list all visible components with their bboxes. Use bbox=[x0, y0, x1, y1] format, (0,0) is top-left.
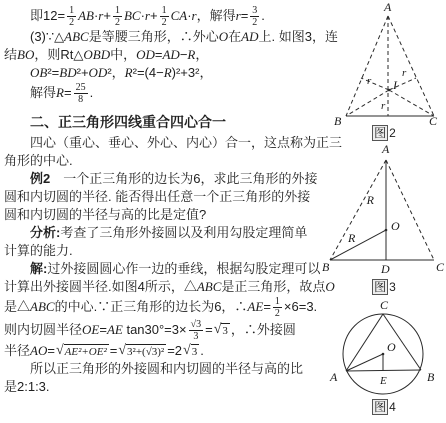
example2-line2: 圆和内切圆的半径. 能否得出任意一个正三角形的外接 bbox=[4, 188, 326, 206]
text-run: ， bbox=[195, 47, 208, 62]
conclusion-line1: 所以正三角形的外接圆和内切圆的半径与高的比 bbox=[4, 360, 326, 378]
math-variable: BD bbox=[59, 65, 76, 80]
text-run: + bbox=[150, 8, 158, 23]
text-run: + bbox=[103, 8, 111, 23]
text-column: 即12=12AB·r+12BC·r+12CA·r，解得r=32.(3)∵△ABC… bbox=[4, 5, 326, 396]
fig2-label-c: C bbox=[429, 114, 438, 126]
math-variable: ABC bbox=[197, 279, 222, 294]
fig2-label-b: B bbox=[334, 114, 342, 126]
fig2-point-i bbox=[388, 89, 391, 92]
text-run: = bbox=[263, 299, 271, 314]
math-variable: O bbox=[219, 29, 228, 44]
solution-line3: 是△ABC的中心.∵正三角形的边长为6，∴AE=12×6=3. bbox=[4, 296, 326, 319]
text-run: = bbox=[241, 8, 249, 23]
fraction: 32 bbox=[250, 5, 259, 28]
text-run: . bbox=[261, 8, 265, 23]
text-run: = bbox=[64, 85, 72, 100]
fraction: 12 bbox=[67, 5, 76, 28]
fig3-point-o bbox=[385, 229, 388, 232]
document-page: 即12=12AB·r+12BC·r+12CA·r，解得r=32.(3)∵△ABC… bbox=[0, 0, 446, 423]
math-variable: OBD bbox=[83, 47, 110, 62]
math-variable: CA bbox=[171, 8, 188, 23]
text-run: ²+ bbox=[77, 65, 89, 80]
figure-4: C A B O E 图4 bbox=[322, 296, 446, 418]
text-run: ²= bbox=[47, 65, 59, 80]
math-variable: AE bbox=[247, 299, 263, 314]
bold-text: 二、正三角形四线重合四心合一 bbox=[30, 114, 226, 130]
fig3-label-c: C bbox=[436, 260, 445, 274]
fig3-label-d: D bbox=[380, 262, 390, 276]
eq-R-result: 解得R=258. bbox=[4, 82, 326, 105]
square-root: √3²+(√3)² bbox=[118, 344, 166, 359]
text-run: ²=(4− bbox=[133, 65, 164, 80]
math-variable: BO bbox=[17, 47, 34, 62]
figure-4-drawing: C A B O E bbox=[322, 296, 446, 400]
text-run: = bbox=[47, 343, 55, 358]
fig2-side-ac bbox=[388, 16, 434, 116]
fig4-point-o bbox=[382, 353, 385, 356]
solution-line4: 则内切圆半径OE=AE tan30°=3×√33=√3，∴外接圆 bbox=[4, 319, 326, 342]
text-run: 解得 bbox=[30, 85, 56, 100]
fig3-label-o: O bbox=[391, 219, 400, 233]
solution-line2: 计算出外接圆半径.如图4所示，△ABC是正三角形，故点O bbox=[4, 278, 326, 296]
fraction: 12 bbox=[113, 5, 122, 28]
text-run: ，∴外接圆 bbox=[231, 322, 296, 337]
text-run: tan30°=3× bbox=[123, 322, 187, 337]
fig2-label-r2: r bbox=[402, 67, 407, 79]
fig2-inradius-left bbox=[361, 78, 389, 90]
fig2-label-a: A bbox=[383, 0, 392, 14]
math-variable: OD bbox=[89, 65, 108, 80]
fig3-segment-bo bbox=[330, 230, 386, 260]
fig4-label-b: B bbox=[427, 370, 435, 384]
fig4-label-o: O bbox=[387, 340, 396, 354]
math-variable: R bbox=[125, 65, 133, 80]
text-run: ，解得 bbox=[197, 8, 236, 23]
text-run: 中， bbox=[110, 47, 136, 62]
fig3-label-a: A bbox=[381, 142, 390, 156]
text-run: 圆和内切圆的半径与高的比是定值? bbox=[4, 207, 206, 222]
text-run: = bbox=[110, 343, 118, 358]
math-variable: BC bbox=[124, 8, 141, 23]
figure-3-caption-char: 图 bbox=[372, 279, 388, 295]
text-run: 圆和内切圆的半径. 能否得出任意一个正三角形的外接 bbox=[4, 189, 310, 204]
fig3-label-b: B bbox=[322, 260, 330, 274]
math-variable: OE bbox=[82, 322, 99, 337]
math-variable: AO bbox=[30, 343, 47, 358]
text-run: . bbox=[90, 85, 94, 100]
figure-3-caption: 图3 bbox=[372, 280, 396, 294]
text-run: 角形的中心. bbox=[4, 153, 73, 168]
fig3-label-r2: R bbox=[347, 231, 356, 245]
math-variable: R bbox=[164, 65, 172, 80]
figure-3-caption-num: 3 bbox=[389, 280, 396, 294]
math-variable: AE bbox=[107, 322, 123, 337]
figure-2-caption-num: 2 bbox=[389, 126, 396, 140]
text-run: =2 bbox=[167, 343, 182, 358]
text-run: 所以正三角形的外接圆和内切圆的半径与高的比 bbox=[30, 361, 303, 376]
text-run: = bbox=[99, 322, 107, 337]
text-run: = bbox=[205, 322, 213, 337]
eq-area-sum: 即12=12AB·r+12BC·r+12CA·r，解得r=32. bbox=[4, 5, 326, 28]
fraction: 12 bbox=[160, 5, 169, 28]
text-run: 一个正三角形的边长为6，求此三角形的外接 bbox=[50, 171, 317, 186]
fig2-label-i: I bbox=[392, 78, 398, 92]
text-run: 计算的能力. bbox=[4, 243, 73, 258]
conclusion-line2: 是2:1:3. bbox=[4, 378, 326, 396]
math-variable: R bbox=[56, 85, 64, 100]
fraction: 258 bbox=[74, 82, 88, 105]
bold-text: 分析: bbox=[30, 225, 60, 240]
example2-line3: 圆和内切圆的半径与高的比是定值? bbox=[4, 206, 326, 224]
fig3-side-ac bbox=[386, 160, 434, 260]
figure-2-drawing: A B C I r r r bbox=[322, 0, 446, 126]
figure-4-caption: 图4 bbox=[372, 400, 396, 414]
figure-2-caption: 图2 bbox=[372, 126, 396, 140]
math-variable: OB bbox=[30, 65, 47, 80]
text-run: 过外接圆圆心作一边的垂线，根据勾股定理可以 bbox=[47, 261, 320, 276]
math-variable: ABC bbox=[64, 29, 89, 44]
text-run: . bbox=[200, 343, 204, 358]
example2-line1: 例2 一个正三角形的边长为6，求此三角形的外接 bbox=[4, 170, 326, 188]
para-3-line1: (3)∵△ABC是等腰三角形，∴外心O在AD上. 如图3，连 bbox=[4, 28, 326, 46]
fraction: √33 bbox=[189, 319, 204, 342]
text-run: 半径 bbox=[4, 343, 30, 358]
eq-pythagoras: OB²=BD²+OD²，R²=(4−R)²+3²， bbox=[4, 64, 326, 82]
text-run: ，则Rt△ bbox=[34, 47, 83, 62]
bold-text: 例2 bbox=[30, 171, 50, 186]
text-run: 的中心.∵正三角形的边长为6，∴ bbox=[55, 299, 248, 314]
math-variable: AB bbox=[78, 8, 94, 23]
fig3-label-r1: R bbox=[366, 193, 375, 207]
figure-4-caption-num: 4 bbox=[389, 400, 396, 414]
solution-line5: 半径AO=√AE²+OE²=√3²+(√3)²=2√3. bbox=[4, 342, 326, 360]
fraction: 12 bbox=[273, 296, 282, 319]
figure-2-caption-char: 图 bbox=[372, 125, 388, 141]
text-run: )²+3²， bbox=[172, 65, 213, 80]
figure-3-drawing: A B C D O R R bbox=[322, 140, 446, 280]
math-variable: AD bbox=[241, 29, 258, 44]
text-run: 结 bbox=[4, 47, 17, 62]
figure-2: A B C I r r r 图2 bbox=[322, 0, 446, 142]
text-run: 计算出外接圆半径.如图4所示，△ bbox=[4, 279, 197, 294]
bold-text: 解: bbox=[30, 261, 47, 276]
fig4-label-a: A bbox=[329, 370, 338, 384]
fig4-label-c: C bbox=[380, 298, 389, 312]
square-root: √3 bbox=[183, 344, 199, 359]
text-run: 则内切圆半径 bbox=[4, 322, 82, 337]
text-run: ×6=3. bbox=[284, 299, 317, 314]
text-run: 考查了三角形外接圆以及利用勾股定理简单 bbox=[60, 225, 307, 240]
para-3-line2: 结BO，则Rt△OBD中，OD=AD−R， bbox=[4, 46, 326, 64]
text-run: 四心（重心、垂心、外心、内心）合一，这点称为正三 bbox=[30, 135, 342, 150]
square-root: √AE²+OE² bbox=[56, 344, 109, 359]
text-run: 是正三角形，故点 bbox=[221, 279, 325, 294]
text-run: ²， bbox=[107, 65, 124, 80]
text-run: (3)∵△ bbox=[30, 29, 64, 44]
text-run: 即12= bbox=[30, 8, 65, 23]
square-root: √3 bbox=[214, 323, 230, 338]
figure-4-caption-char: 图 bbox=[372, 399, 388, 415]
para-four-centers-1: 四心（重心、垂心、外心、内心）合一，这点称为正三 bbox=[4, 134, 326, 152]
math-variable: AD bbox=[162, 47, 179, 62]
solution-line1: 解:过外接圆圆心作一边的垂线，根据勾股定理可以 bbox=[4, 260, 326, 278]
text-run: 是等腰三角形，∴外心 bbox=[89, 29, 219, 44]
analysis-line1: 分析:考查了三角形外接圆以及利用勾股定理简单 bbox=[4, 224, 326, 242]
text-run: 是2:1:3. bbox=[4, 379, 50, 394]
para-four-centers-2: 角形的中心. bbox=[4, 152, 326, 170]
math-variable: OD bbox=[136, 47, 155, 62]
section-heading: 二、正三角形四线重合四心合一 bbox=[4, 113, 326, 131]
math-variable: ABC bbox=[30, 299, 55, 314]
fig2-segment-ic bbox=[389, 90, 434, 116]
figure-3: A B C D O R R 图3 bbox=[322, 140, 446, 296]
text-run: 在 bbox=[228, 29, 241, 44]
fig4-label-e: E bbox=[379, 375, 387, 387]
text-run: 是△ bbox=[4, 299, 30, 314]
fig2-label-r3: r bbox=[381, 100, 386, 112]
analysis-line2: 计算的能力. bbox=[4, 242, 326, 260]
fig2-label-r1: r bbox=[367, 75, 372, 87]
